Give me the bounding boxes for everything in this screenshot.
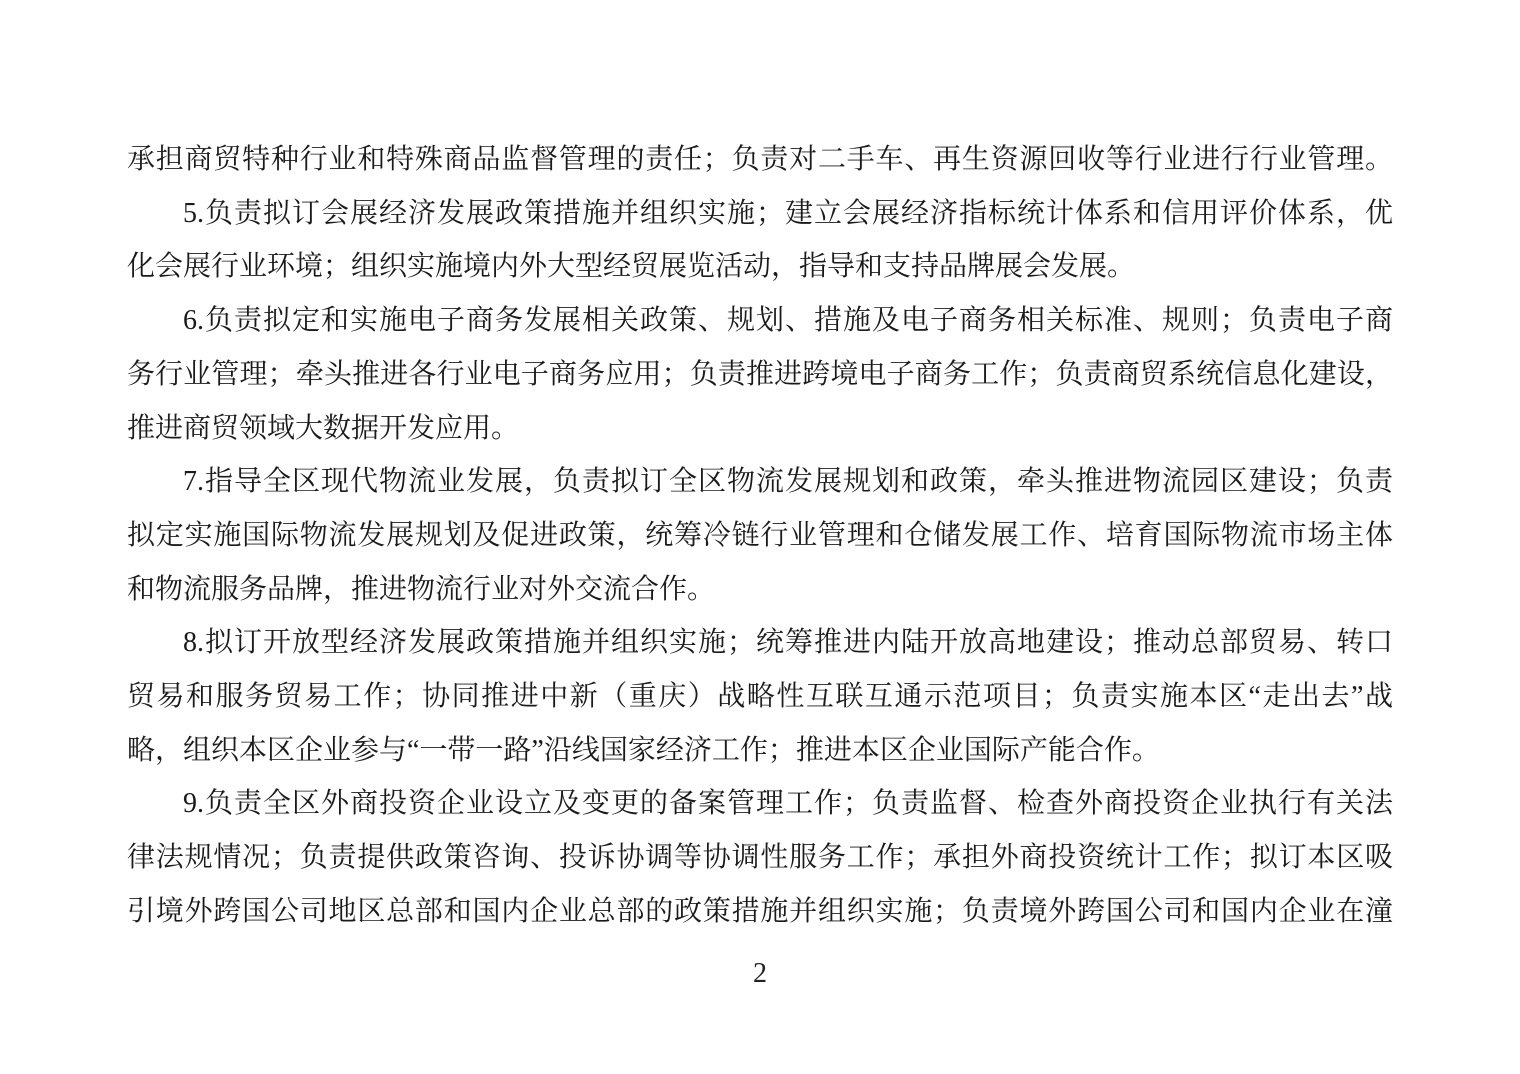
text-line: 贸易和服务贸易工作；协同推进中新（重庆）战略性互联互通示范项目；负责实施本区“走… xyxy=(127,670,1393,724)
page-number: 2 xyxy=(0,958,1520,990)
text-line: 6.负责拟定和实施电子商务发展相关政策、规划、措施及电子商务相关标准、规则；负责… xyxy=(127,294,1393,348)
text-line: 化会展行业环境；组织实施境内外大型经贸展览活动，指导和支持品牌展会发展。 xyxy=(127,240,1393,294)
text-line: 拟定实施国际物流发展规划及促进政策，统筹冷链行业管理和仓储发展工作、培育国际物流… xyxy=(127,509,1393,563)
text-line: 引境外跨国公司地区总部和国内企业总部的政策措施并组织实施；负责境外跨国公司和国内… xyxy=(127,885,1393,939)
text-line: 9.负责全区外商投资企业设立及变更的备案管理工作；负责监督、检查外商投资企业执行… xyxy=(127,777,1393,831)
text-line: 务行业管理；牵头推进各行业电子商务应用；负责推进跨境电子商务工作；负责商贸系统信… xyxy=(127,348,1393,402)
text-line: 5.负责拟订会展经济发展政策措施并组织实施；建立会展经济指标统计体系和信用评价体… xyxy=(127,187,1393,241)
text-line: 略，组织本区企业参与“一带一路”沿线国家经济工作；推进本区企业国际产能合作。 xyxy=(127,724,1393,778)
text-line: 和物流服务品牌，推进物流行业对外交流合作。 xyxy=(127,563,1393,617)
document-body: 承担商贸特种行业和特殊商品监督管理的责任；负责对二手车、再生资源回收等行业进行行… xyxy=(127,133,1393,939)
text-line: 承担商贸特种行业和特殊商品监督管理的责任；负责对二手车、再生资源回收等行业进行行… xyxy=(127,133,1393,187)
text-line: 律法规情况；负责提供政策咨询、投诉协调等协调性服务工作；承担外商投资统计工作；拟… xyxy=(127,831,1393,885)
document-page: 承担商贸特种行业和特殊商品监督管理的责任；负责对二手车、再生资源回收等行业进行行… xyxy=(0,0,1520,1074)
text-line: 8.拟订开放型经济发展政策措施并组织实施；统筹推进内陆开放高地建设；推动总部贸易… xyxy=(127,616,1393,670)
text-line: 7.指导全区现代物流业发展，负责拟订全区物流发展规划和政策，牵头推进物流园区建设… xyxy=(127,455,1393,509)
text-line: 推进商贸领域大数据开发应用。 xyxy=(127,402,1393,456)
